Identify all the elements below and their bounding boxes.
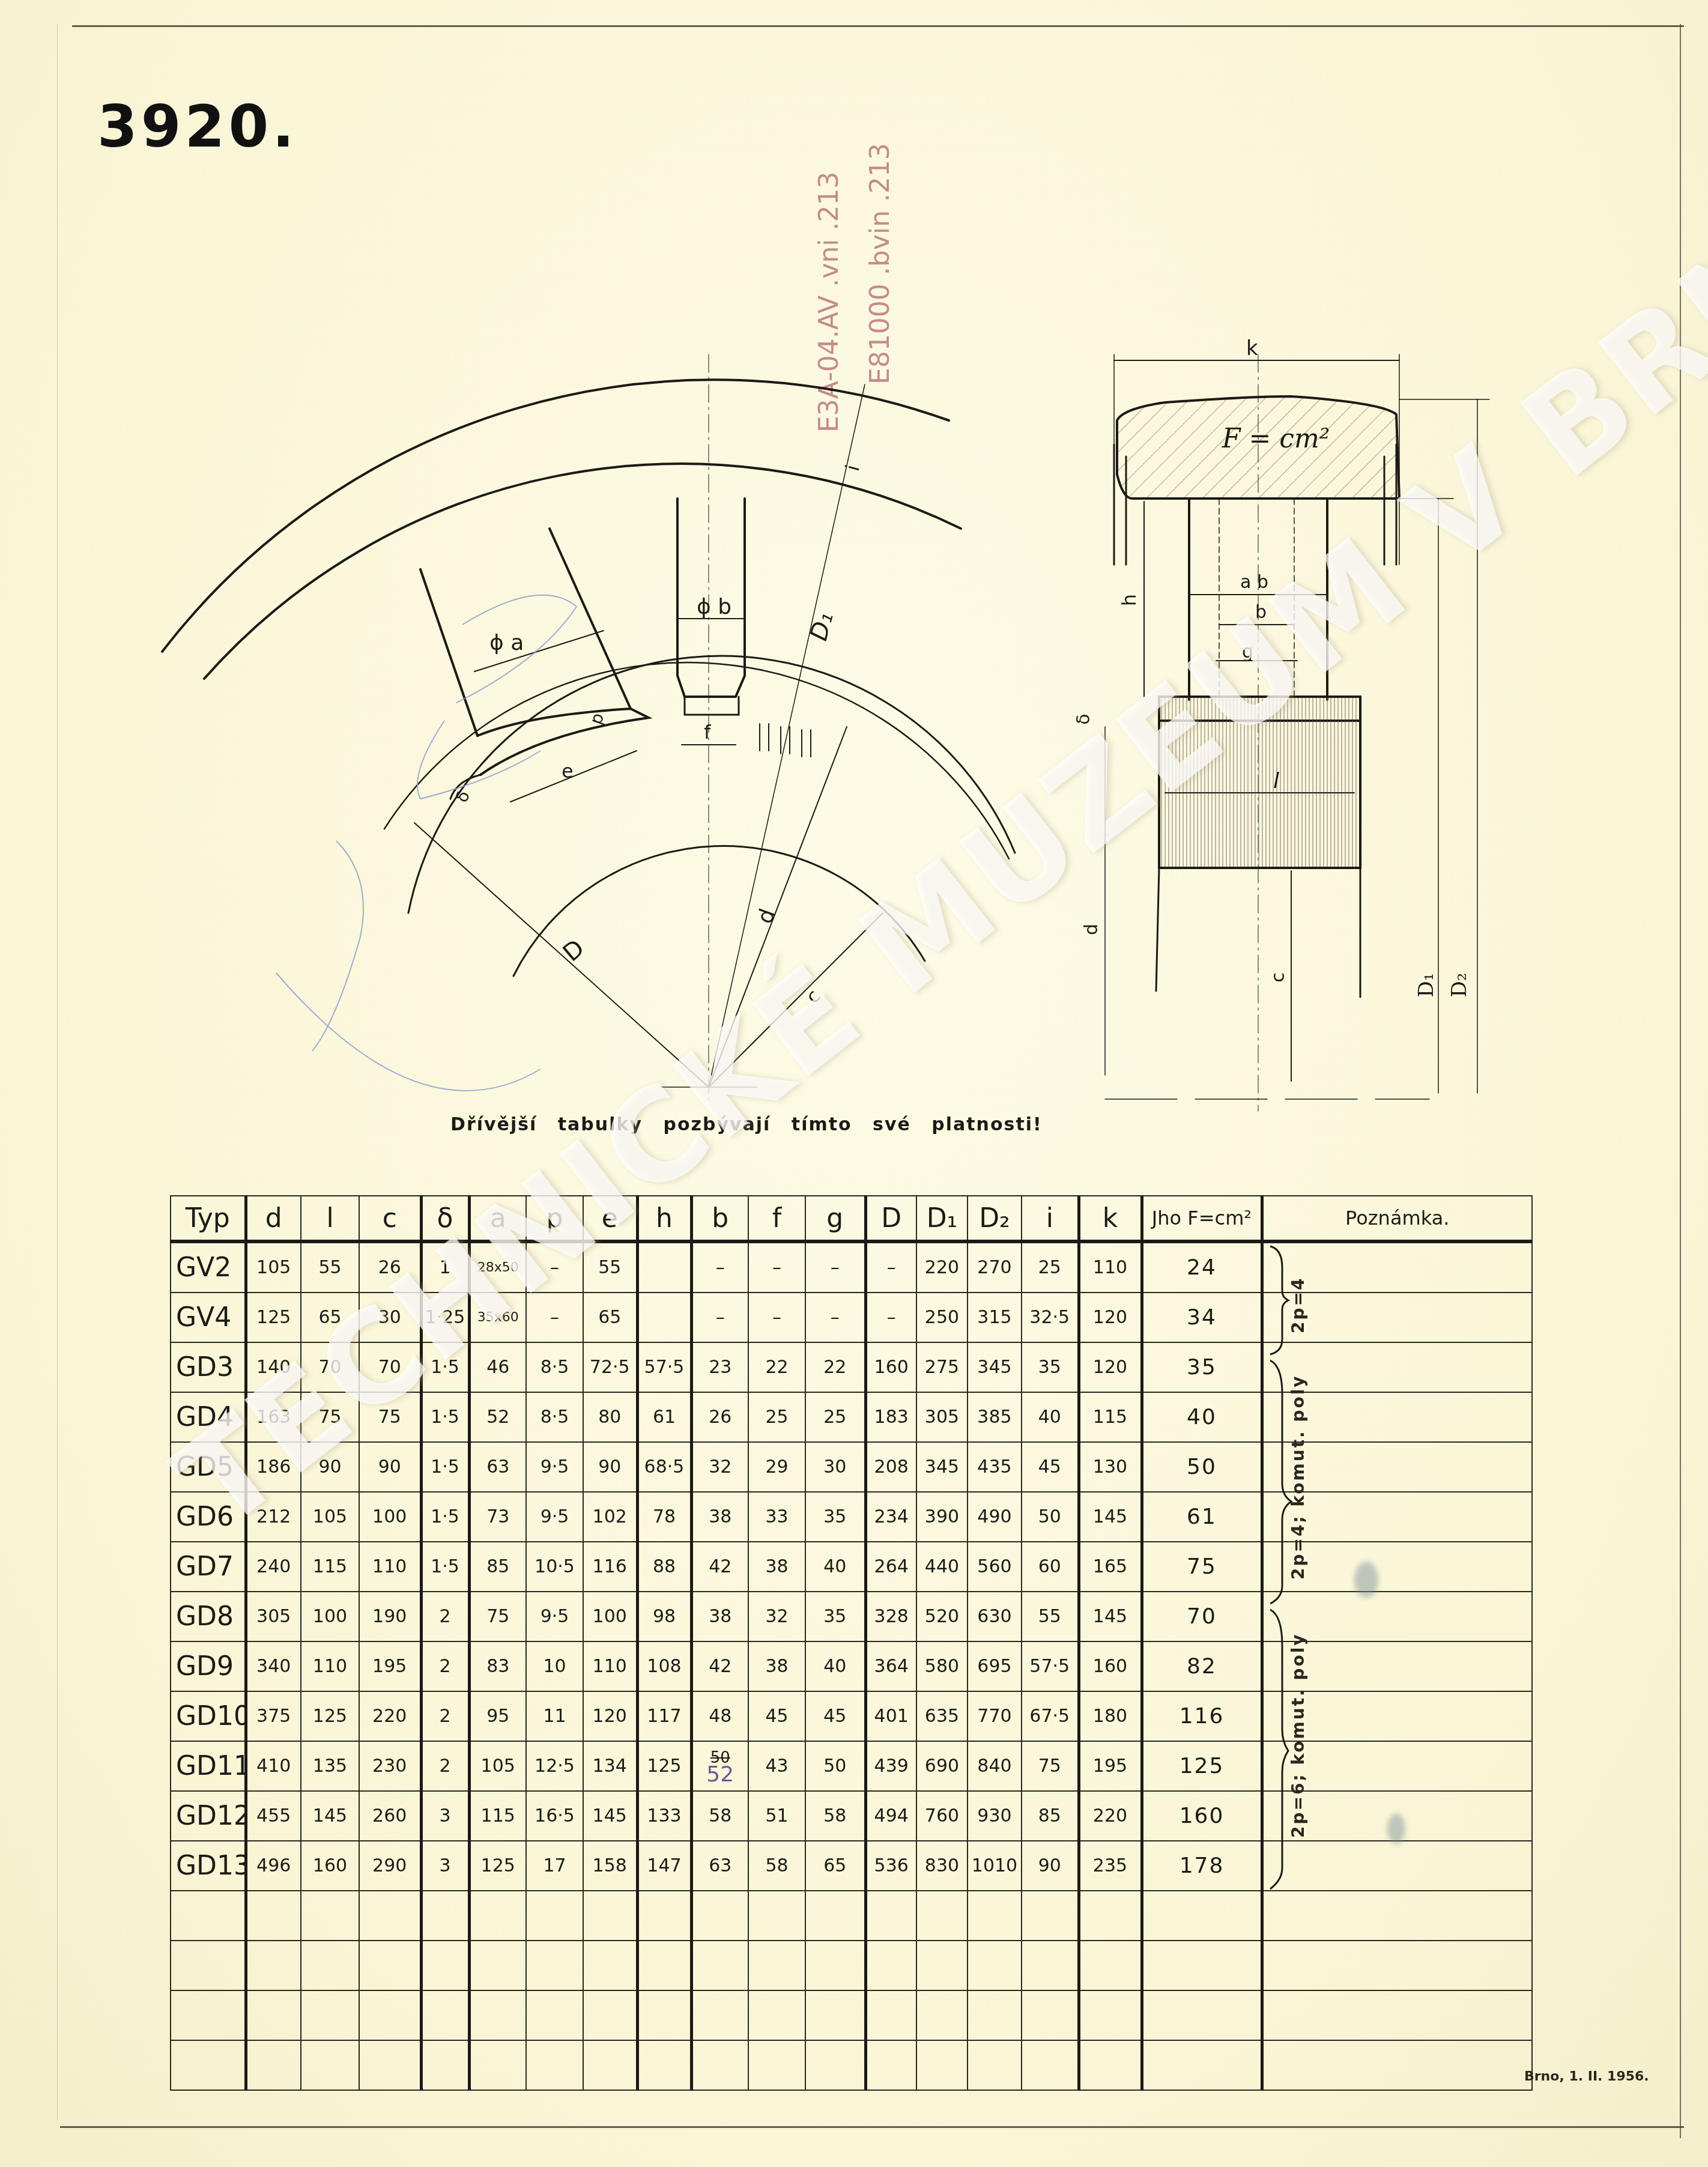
ink-smudge: [1354, 1562, 1378, 1598]
note-group-2: 2p=4; komut. poly: [1288, 1374, 1308, 1580]
brace-group-1: [1270, 1246, 1288, 1354]
ink-smudge: [1387, 1814, 1405, 1844]
signature-date: Brno, 1. II. 1956.: [1524, 2069, 1649, 2084]
note-braces: [0, 0, 1708, 2167]
note-group-1: 2p=4: [1288, 1277, 1308, 1333]
note-group-3: 2p=6; komut. poly: [1288, 1632, 1308, 1838]
brace-group-3: [1270, 1610, 1288, 1889]
drawing-sheet: 3920. E3A-04.AV .vni .213 E81000 .bvin .…: [0, 0, 1708, 2167]
